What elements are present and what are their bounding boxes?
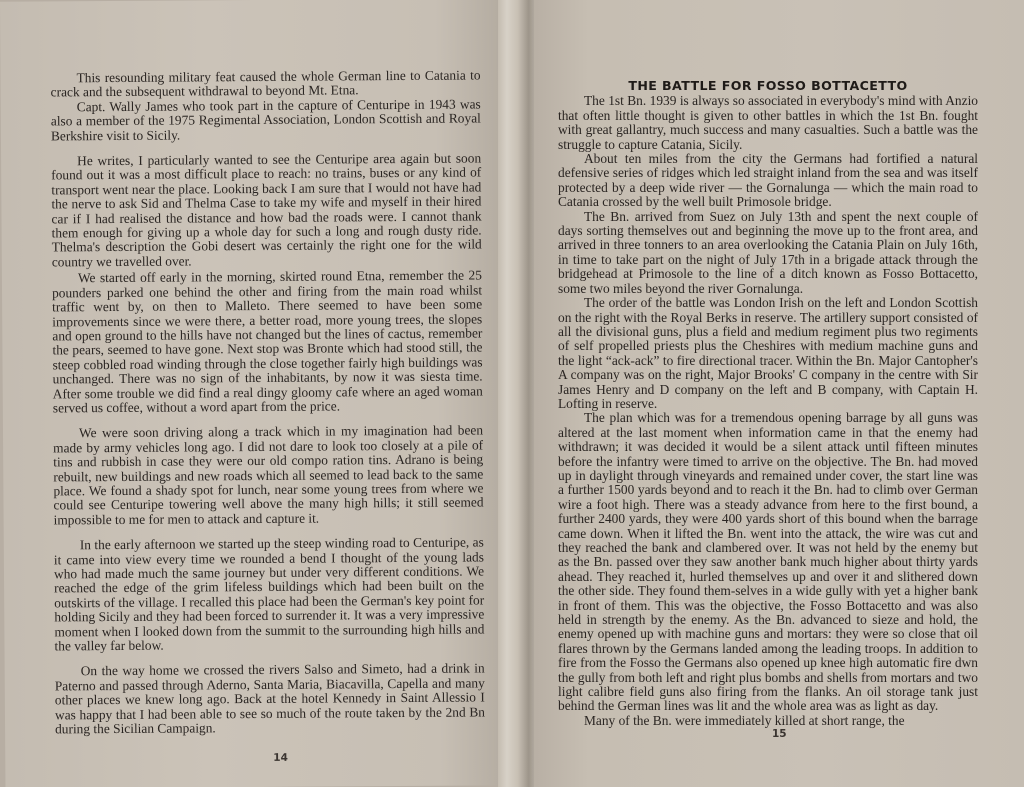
chapter-title: THE BATTLE FOR FOSSO BOTTACETTO bbox=[558, 79, 978, 93]
book-gutter bbox=[498, 0, 534, 787]
paragraph: We started off early in the morning, ski… bbox=[52, 269, 483, 416]
left-page-body: This resounding military feat caused the… bbox=[50, 68, 485, 736]
right-page-body: THE BATTLE FOR FOSSO BOTTACETTO The 1st … bbox=[558, 79, 978, 728]
page-number: 15 bbox=[772, 728, 787, 740]
right-page: THE BATTLE FOR FOSSO BOTTACETTO The 1st … bbox=[512, 0, 1024, 787]
paragraph: On the way home we crossed the rivers Sa… bbox=[55, 662, 485, 737]
paragraph: The 1st Bn. 1939 is always so associated… bbox=[558, 94, 978, 152]
paragraph: Capt. Wally James who took part in the c… bbox=[51, 97, 481, 143]
paragraph: About ten miles from the city the German… bbox=[558, 152, 978, 210]
paragraph: He writes, I particularly wanted to see … bbox=[51, 151, 482, 269]
paragraph: In the early afternoon we started up the… bbox=[54, 536, 485, 654]
paragraph: The order of the battle was London Irish… bbox=[558, 296, 978, 411]
paragraph: We were soon driving along a track which… bbox=[53, 424, 484, 528]
page-number: 14 bbox=[273, 752, 288, 764]
left-page: This resounding military feat caused the… bbox=[0, 0, 517, 787]
paragraph: The Bn. arrived from Suez on July 13th a… bbox=[558, 210, 978, 296]
paragraph: Many of the Bn. were immediately killed … bbox=[558, 714, 978, 728]
paragraph: This resounding military feat caused the… bbox=[50, 68, 480, 100]
paragraph: The plan which was for a tremendous open… bbox=[558, 411, 978, 714]
open-booklet-spread: This resounding military feat caused the… bbox=[0, 0, 1024, 787]
